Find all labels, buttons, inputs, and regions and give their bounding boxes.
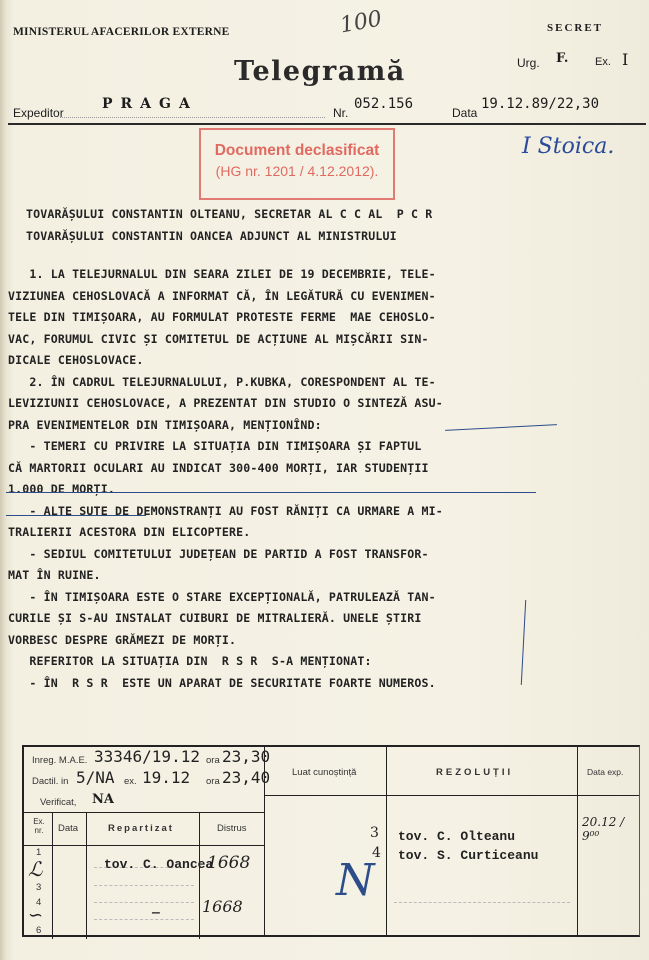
sender-label: Expeditor: [13, 106, 64, 120]
body-line: VORBESC DESPRE GRĂMEZI DE MORȚI.: [8, 633, 568, 655]
registration-time: 23,30: [222, 747, 270, 766]
typed-ex-label: ex.: [124, 776, 137, 787]
col-repartizat: Repartizat: [108, 823, 174, 834]
number-value: 052.156: [354, 96, 413, 112]
copies-label: Ex.: [595, 56, 611, 68]
registration-time-label: ora: [206, 755, 220, 766]
body-line: LEVIZIUNII CEHOSLOVACE, A PREZENTAT DIN …: [8, 396, 568, 418]
form-dashed-line: [94, 902, 194, 903]
form-dashed-line: [94, 919, 194, 920]
pen-underline: [6, 515, 146, 516]
verified-label: Verificat,: [40, 797, 76, 808]
body-line: VAC, FORUMUL CIVIC ȘI COMITETUL DE ACȚIU…: [8, 332, 568, 354]
col-distrus: Distrus: [217, 823, 247, 834]
body-line: - TEMERI CU PRIVIRE LA SITUAȚIA DIN TIMI…: [8, 439, 568, 461]
typed-ex-value: 19.12: [142, 768, 190, 787]
body-line: MAT ÎN RUINE.: [8, 568, 568, 590]
form-col: [199, 812, 200, 939]
addressee-line: TOVARĂȘULUI CONSTANTIN OANCEA ADJUNCT AL…: [8, 229, 568, 251]
form-dashed-line: [94, 885, 194, 886]
rezolutie-entry: tov. S. Curticeanu: [398, 848, 538, 863]
body-line: - ÎN R S R ESTE UN APARAT DE SECURITATE …: [8, 676, 568, 698]
declassified-stamp: Document declasificat (HG nr. 1201 / 4.1…: [199, 128, 395, 200]
header-divider: [8, 123, 646, 125]
body-line: - SEDIUL COMITETULUI JUDEȚEAN DE PARTID …: [8, 547, 568, 569]
body-line: 2. ÎN CADRUL TELEJURNALULUI, P.KUBKA, CO…: [8, 375, 568, 397]
handwritten-initials: N: [336, 855, 375, 906]
distrus-entry: 1668: [202, 897, 243, 916]
date-value: 19.12.89/22,30: [481, 96, 599, 112]
body-line: - ÎN TIMIȘOARA ESTE O STARE EXCEPȚIONALĂ…: [8, 590, 568, 612]
repartizat-dash: —: [152, 905, 160, 920]
urgency-value: F.: [556, 51, 568, 66]
rezolutie-entry: tov. C. Olteanu: [398, 829, 515, 844]
registration-label: Inreg. M.A.E.: [32, 755, 87, 766]
body-line: CURILE ȘI S-AU INSTALAT CUIBURI DE MITRA…: [8, 611, 568, 633]
cunostinta-number: 3: [370, 825, 379, 841]
date-label: Data: [452, 106, 477, 120]
form-col: [52, 812, 53, 939]
body-line: 1. LA TELEJURNALUL DIN SEARA ZILEI DE 19…: [8, 267, 568, 289]
body-line: VIZIUNEA CEHOSLOVACĂ A INFORMAT CĂ, ÎN L…: [8, 289, 568, 311]
registration-form: Inreg. M.A.E. 33346/19.12 ora 23,30 Dact…: [22, 745, 640, 937]
copies-value: I: [622, 50, 628, 69]
body-line: DICALE CEHOSLOVACE.: [8, 353, 568, 375]
col-luat-cunostinta: Luat cunoștință: [292, 767, 356, 778]
data-exp-note: 20.12 / 9⁰⁰: [582, 815, 639, 843]
registration-value: 33346/19.12: [94, 747, 200, 766]
form-line: [24, 845, 264, 846]
handwritten-number: 100: [338, 7, 384, 39]
row-number: 3: [36, 882, 41, 893]
sender-dotted-line: [60, 117, 325, 118]
body-line: REFERITOR LA SITUAȚIA DIN R S R S-A MENȚ…: [8, 654, 568, 676]
form-divider: [577, 747, 578, 935]
typed-time: 23,40: [222, 768, 270, 787]
form-line: [24, 812, 264, 813]
body-line: TRALIERII ACESTORA DIN ELICOPTERE.: [8, 525, 568, 547]
form-divider: [386, 747, 387, 935]
handwritten-note: I Stoica.: [522, 134, 614, 159]
distrus-entry: 1668: [207, 853, 250, 873]
sender-value: PRAGA: [102, 96, 198, 112]
repartizat-entry: tov. C. Oancea: [104, 857, 213, 872]
pen-underline: [6, 492, 536, 493]
row-number: 6: [36, 925, 41, 936]
form-header-line: [264, 795, 639, 796]
stamp-line-1: Document declasificat: [201, 142, 393, 160]
spacer: [8, 250, 568, 267]
urgency-label: Urg.: [517, 56, 540, 70]
form-col: [86, 812, 87, 939]
form-dashed-line: [394, 902, 570, 903]
body-line: TELE DIN TIMIȘOARA, AU FORMULAT PROTESTE…: [8, 310, 568, 332]
verified-value: NA: [92, 792, 114, 807]
col-rezolutii: REZOLUȚII: [436, 767, 513, 778]
col-ex-nr: Ex. nr.: [28, 817, 50, 835]
handwritten-signature: ∽: [28, 905, 43, 926]
telegram-body: TOVARĂȘULUI CONSTANTIN OLTEANU, SECRETAR…: [8, 207, 568, 697]
body-lines: 1. LA TELEJURNALUL DIN SEARA ZILEI DE 19…: [8, 267, 568, 697]
number-label: Nr.: [333, 106, 348, 120]
handwritten-signature: ℒ: [28, 857, 42, 881]
telegram-page: MINISTERUL AFACERILOR EXTERNE 100 SECRET…: [0, 0, 649, 960]
col-data: Data: [58, 823, 78, 834]
classification-label: SECRET: [547, 22, 603, 34]
ministry-header: MINISTERUL AFACERILOR EXTERNE: [13, 26, 229, 38]
typed-label: Dactil. in: [32, 776, 68, 787]
document-title: Telegramă: [234, 56, 406, 87]
typed-value: 5/NA: [76, 768, 115, 787]
stamp-line-2: (HG nr. 1201 / 4.12.2012).: [201, 163, 393, 179]
body-line: CĂ MARTORII OCULARI AU INDICAT 300-400 M…: [8, 461, 568, 483]
typed-time-label: ora: [206, 776, 220, 787]
addressee-line: TOVARĂȘULUI CONSTANTIN OLTEANU, SECRETAR…: [8, 207, 568, 229]
col-data-exp: Data exp.: [587, 767, 623, 777]
